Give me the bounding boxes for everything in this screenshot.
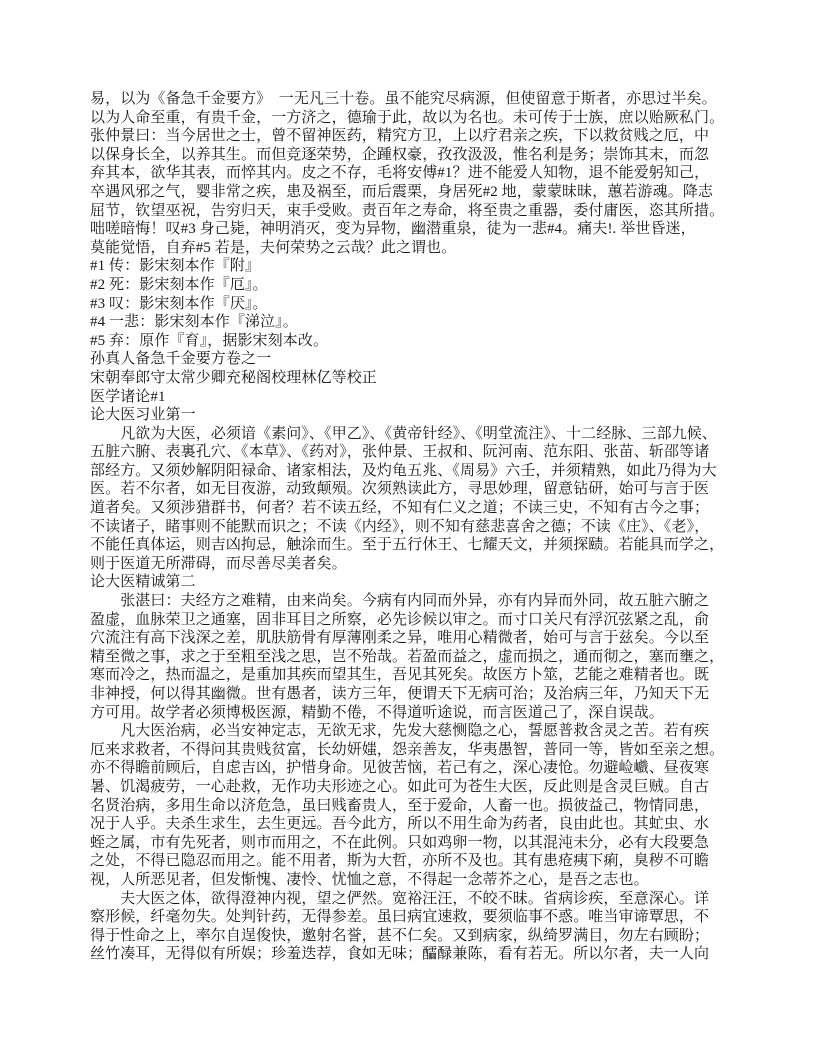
text-line: 道者矣。又须涉猎群书，何者？若不读五经，不知有仁义之道；不读三史，不知有古今之事… xyxy=(90,499,736,518)
text-line: 精至微之事，求之于至粗至浅之思，岂不殆哉。若盈而益之，虚而损之，通而彻之，塞而壅… xyxy=(90,648,736,667)
text-line: 宋朝奉郎守太常少卿充秘阁校理林亿等校正 xyxy=(90,369,736,388)
text-line: 莫能觉悟，自弃#5 若是，夫何荣势之云哉？此之谓也。 xyxy=(90,239,736,258)
text-line: 方可用。故学者必须博极医源，精勤不倦，不得道听途说，而言医道己了，深自误哉。 xyxy=(90,704,736,723)
text-line: 医学诸论#1 xyxy=(90,388,736,407)
text-line: 厄来求救者，不得问其贵贱贫富，长幼妍媸，怨亲善友，华夷愚智，普同一等，皆如至亲之… xyxy=(90,741,736,760)
text-line: 得于性命之上，率尔自逞俊快，邀射名誉，甚不仁矣。又到病家，纵绮罗满目，勿左右顾盼… xyxy=(90,927,736,946)
document-page: 易，以为《备急千金要方》 一无凡三十卷。虽不能究尽病源，但使留意于斯者，亦思过半… xyxy=(0,0,816,1056)
text-line: #4 一悲：影宋刻本作『涕泣』。 xyxy=(90,313,736,332)
text-line: 不读诸子，睹事则不能默而识之；不读《内经》，则不知有慈悲喜舍之德；不读《庄》、《… xyxy=(90,518,736,537)
text-line: 凡欲为大医，必须谙《素问》、《甲乙》、《黄帝针经》、《明堂流注》、十二经脉、三部… xyxy=(90,425,736,444)
text-line: 夫大医之体，欲得澄神内视，望之俨然。宽裕汪汪，不皎不昧。省病诊疾，至意深心。详 xyxy=(90,890,736,909)
text-line: 论大医精诚第二 xyxy=(90,573,736,592)
text-line: 部经方。又须妙解阴阳禄命、诸家相法，及灼龟五兆、《周易》六壬，并须精熟，如此乃得… xyxy=(90,462,736,481)
text-line: #5 弃：原作『育』，据影宋刻本改。 xyxy=(90,332,736,351)
text-line: 亦不得瞻前顾后，自虑吉凶，护惜身命。见彼苦恼，若己有之，深心凄怆。勿避崄巇、昼夜… xyxy=(90,759,736,778)
text-line: 医。若不尔者，如无目夜游，动致颠殒。次须熟读此方，寻思妙理，留意钻研，始可与言于… xyxy=(90,480,736,499)
text-line: 孙真人备急千金要方卷之一 xyxy=(90,350,736,369)
text-line: 蛭之属，市有先死者，则市而用之，不在此例。只如鸡卵一物，以其混沌未分，必有大段要… xyxy=(90,834,736,853)
text-line: 丝竹凑耳，无得似有所娱；珍羞迭荐，食如无味；醽醁兼陈，看有若无。所以尔者，夫一人… xyxy=(90,945,736,964)
text-line: 穴流注有高下浅深之差，肌肤筋骨有厚薄刚柔之异，唯用心精微者，始可与言于兹矣。今以… xyxy=(90,629,736,648)
text-line: 以保身长全，以养其生。而但竞逐荣势，企踵权豪，孜孜汲汲，惟名利是务；崇饰其末，而… xyxy=(90,146,736,165)
text-line: 察形候，纤毫勿失。处判针药，无得参差。虽曰病宜速救，要须临事不惑。唯当审谛覃思，… xyxy=(90,908,736,927)
text-line: 盈虚，血脉荣卫之通塞，固非耳目之所察，必先诊候以审之。而寸口关尺有浮沉弦紧之乱，… xyxy=(90,611,736,630)
text-line: #1 传：影宋刻本作『附』 xyxy=(90,257,736,276)
text-line: 五脏六腑、表裏孔穴、《本草》、《药对》，张仲景、王叔和、阮河南、范东阳、张苗、斩… xyxy=(90,443,736,462)
text-line: 况于人乎。夫杀生求生，去生更远。吾今此方，所以不用生命为药者，良由此也。其虻虫、… xyxy=(90,815,736,834)
text-line: #3 叹：影宋刻本作『厌』。 xyxy=(90,295,736,314)
text-line: 则于医道无所滞碍，而尽善尽美者矣。 xyxy=(90,555,736,574)
text-line: 卒遇风邪之气，婴非常之疾，患及祸至，而后震栗，身居死#2 地，蒙蒙昧昧，蕙若游魂… xyxy=(90,183,736,202)
text-line: 寒而冷之，热而温之，是重加其疾而望其生，吾见其死矣。故医方卜筮，艺能之难精者也。… xyxy=(90,666,736,685)
text-line: 张仲景曰：当今居世之士，曾不留神医药，精究方卫，上以疗君亲之疾，下以救贫贱之厄，… xyxy=(90,127,736,146)
text-line: 弃其本，欲华其表，而悴其内。皮之不存，毛将安傅#1？进不能爱人知物，退不能爱躬知… xyxy=(90,164,736,183)
text-line: 视，人所恶见者，但发惭愧、凄怜、忧恤之意，不得起一念蒂芥之心，是吾之志也。 xyxy=(90,871,736,890)
text-line: 易，以为《备急千金要方》 一无凡三十卷。虽不能究尽病源，但使留意于斯者，亦思过半… xyxy=(90,90,736,109)
text-line: 名贤治病，多用生命以济危急，虽曰贱畜贵人，至于爱命，人畜一也。损彼益己，物情同患… xyxy=(90,797,736,816)
text-line: 暑、饥渴疲劳，一心赴救，无作功夫形迹之心。如此可为苍生大医，反此则是含灵巨贼。自… xyxy=(90,778,736,797)
text-line: #2 死：影宋刻本作『厄』。 xyxy=(90,276,736,295)
text-line: 凡大医治病，必当安神定志，无欲无求，先发大慈恻隐之心，誓愿普救含灵之苦。若有疾 xyxy=(90,722,736,741)
text-line: 咄嗟暗悔！叹#3 身己毙，神明消灭，变为异物，幽潜重泉，徒为一悲#4。痛夫!. … xyxy=(90,220,736,239)
text-line: 论大医习业第一 xyxy=(90,406,736,425)
text-line: 不能任真体运，则吉凶拘忌，触涂而生。至于五行休王、七耀天文，并须探赜。若能具而学… xyxy=(90,536,736,555)
text-line: 非神授，何以得其幽微。世有愚者，读方三年，便谓天下无病可治；及治病三年，乃知天下… xyxy=(90,685,736,704)
text-line: 以为人命至重，有贵千金，一方济之，德瑜于此，故以为名也。未可传于士族，庶以贻厥私… xyxy=(90,109,736,128)
text-line: 屈节，钦望巫祝，告穷归天，束手受败。责百年之寿命，将至贵之重器，委付庸医，恣其所… xyxy=(90,202,736,221)
document-text: 易，以为《备急千金要方》 一无凡三十卷。虽不能究尽病源，但使留意于斯者，亦思过半… xyxy=(90,90,736,964)
text-line: 之处，不得已隐忍而用之。能不用者，斯为大哲，亦所不及也。其有患疮痍下痢，臭秽不可… xyxy=(90,852,736,871)
text-line: 张湛曰：夫经方之难精，由来尚矣。今病有内同而外异，亦有内异而外同，故五脏六腑之 xyxy=(90,592,736,611)
